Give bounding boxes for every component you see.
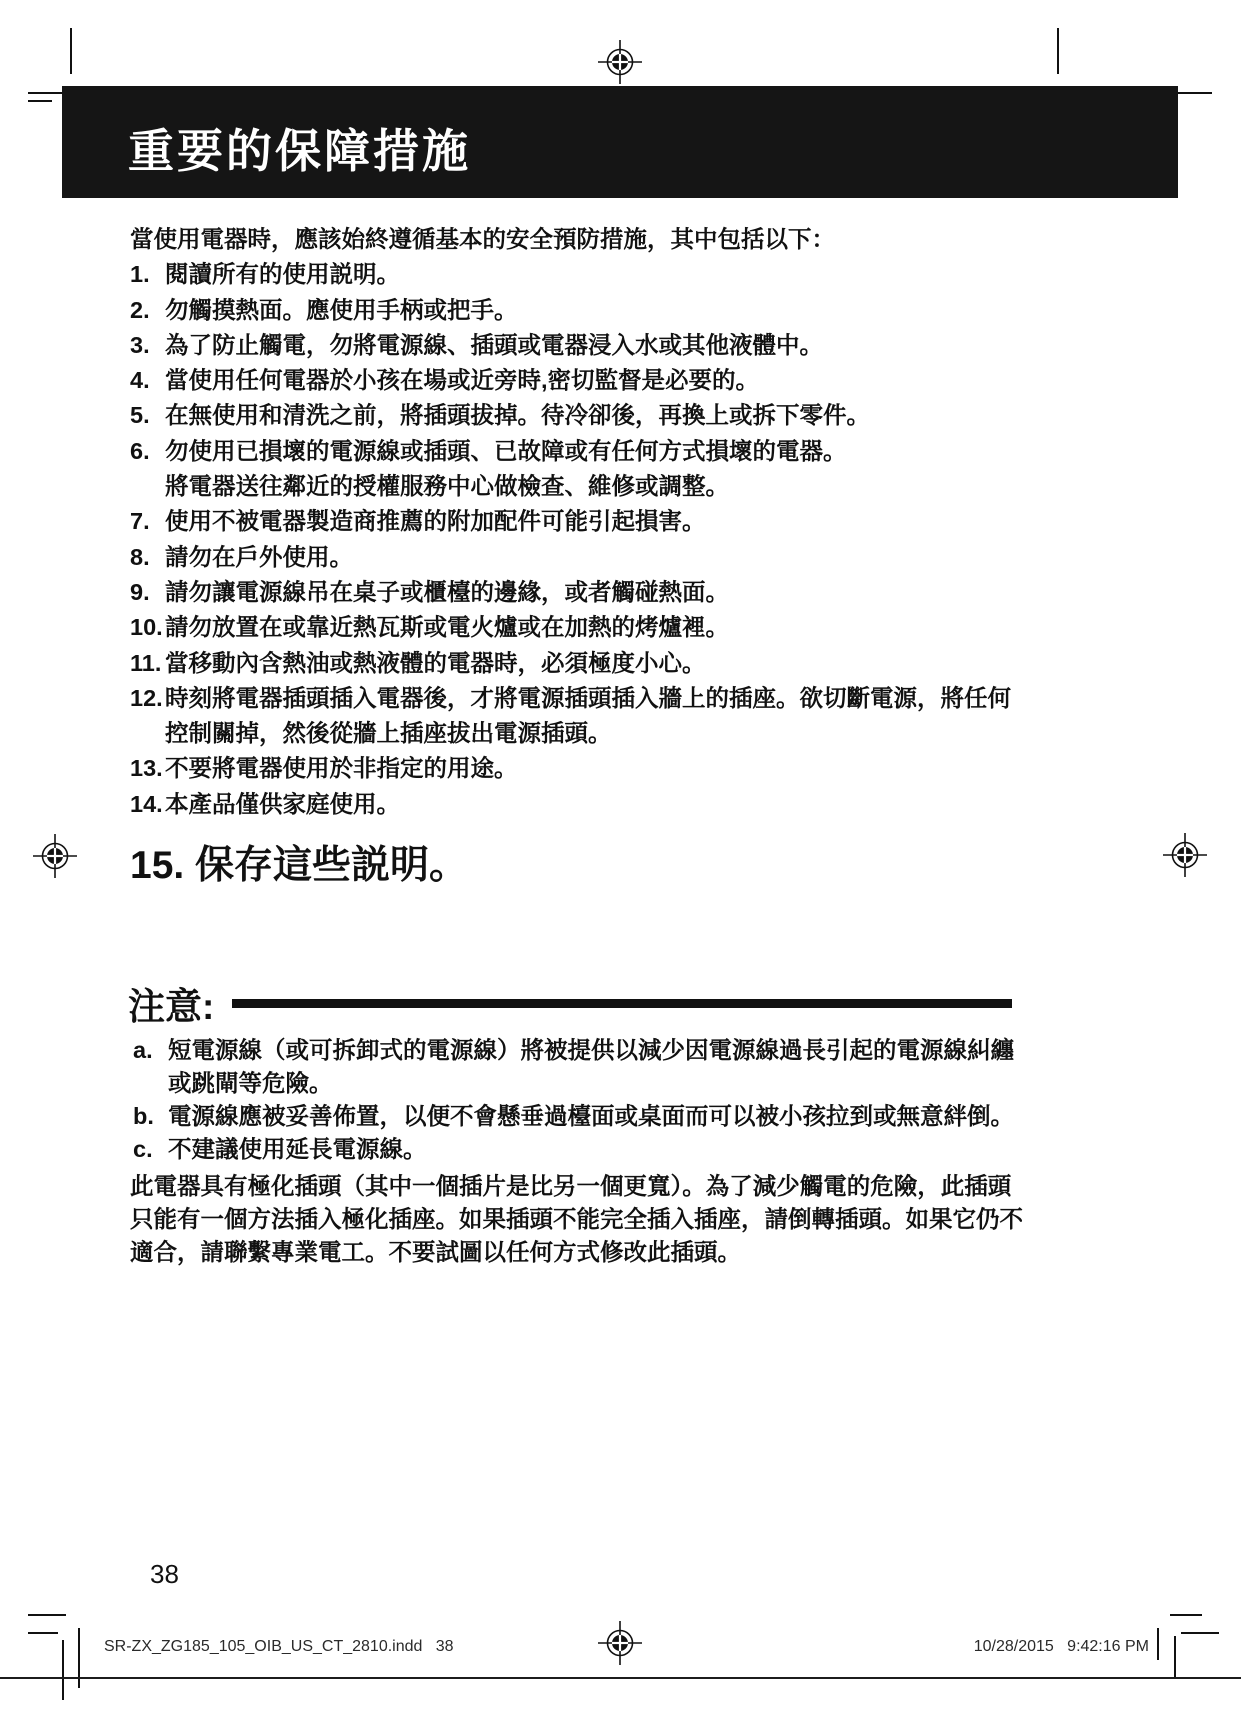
safeguard-item-15: 15. 保存這些説明。 [130, 834, 468, 890]
item-number: 3. [130, 328, 165, 363]
item-text: 閱讀所有的使用説明。 [165, 257, 400, 292]
item-number: 11. [130, 646, 165, 681]
item-number: 1. [130, 257, 165, 292]
safeguard-item-2: 2.勿觸摸熱面。應使用手柄或把手。 [130, 293, 1050, 328]
item-text: 請勿讓電源線吊在桌子或櫃檯的邊緣，或者觸碰熱面。 [165, 575, 729, 610]
item-text: 或跳閘等危險。 [168, 1067, 333, 1100]
item-number: 14. [130, 787, 165, 822]
polarized-plug-paragraph: 此電器具有極化插頭（其中一個插片是比另一個更寬）。為了減少觸電的危險，此插頭 只… [130, 1170, 1050, 1269]
item-text: 當移動內含熱油或熱液體的電器時，必須極度小心。 [165, 646, 706, 681]
footer-file-info: SR-ZX_ZG185_105_OIB_US_CT_2810.indd 38 [104, 1638, 454, 1656]
item-text: 為了防止觸電，勿將電源線、插頭或電器浸入水或其他液體中。 [165, 328, 823, 363]
safeguard-item-12-cont: 控制關掉，然後從牆上插座拔出電源插頭。 [130, 716, 1050, 751]
manual-page: 重要的保障措施 當使用電器時，應該始終遵循基本的安全預防措施，其中包括以下： 1… [0, 0, 1241, 1713]
item-number: 4. [130, 363, 165, 398]
item-text: 不要將電器使用於非指定的用途。 [165, 751, 518, 786]
item-text: 勿使用已損壞的電源線或插頭、已故障或有任何方式損壞的電器。 [165, 434, 847, 469]
item-text: 將電器送往鄰近的授權服務中心做檢查、維修或調整。 [165, 469, 729, 504]
item-text: 當使用任何電器於小孩在場或近旁時,密切監督是必要的。 [165, 363, 759, 398]
crop-mark [1057, 28, 1059, 74]
crop-mark [1174, 1636, 1176, 1678]
crop-mark [28, 1632, 58, 1634]
safeguard-item-6-cont: 將電器送往鄰近的授權服務中心做檢查、維修或調整。 [130, 469, 1050, 504]
item-number: 10. [130, 610, 165, 645]
notice-item-c: c.不建議使用延長電源線。 [133, 1133, 1033, 1166]
item-letter: a. [133, 1034, 168, 1067]
item-text: 電源線應被妥善佈置，以便不會懸垂過檯面或桌面而可以被小孩拉到或無意絆倒。 [168, 1100, 1014, 1133]
item-text: 請勿在戶外使用。 [165, 540, 353, 575]
notice-item-b: b.電源線應被妥善佈置，以便不會懸垂過檯面或桌面而可以被小孩拉到或無意絆倒。 [133, 1100, 1033, 1133]
safeguard-item-12: 12.時刻將電器插頭插入電器後，才將電源插頭插入牆上的插座。欲切斷電源，將任何 [130, 681, 1050, 716]
crop-mark [1157, 1628, 1159, 1660]
crop-mark [70, 28, 72, 74]
intro-text: 當使用電器時，應該始終遵循基本的安全預防措施，其中包括以下： [130, 222, 835, 257]
safeguards-list: 當使用電器時，應該始終遵循基本的安全預防措施，其中包括以下： 1.閱讀所有的使用… [130, 222, 1050, 822]
footer-timestamp: 10/28/2015 9:42:16 PM [974, 1638, 1149, 1656]
page-title: 重要的保障措施 [62, 103, 471, 181]
item-number [130, 469, 165, 504]
item-text: 使用不被電器製造商推薦的附加配件可能引起損害。 [165, 504, 706, 539]
item-number: 2. [130, 293, 165, 328]
notice-list: a.短電源線（或可拆卸式的電源線）將被提供以減少因電源線過長引起的電源線糾纏 或… [133, 1034, 1033, 1166]
notice-item-a: a.短電源線（或可拆卸式的電源線）將被提供以減少因電源線過長引起的電源線糾纏 [133, 1034, 1033, 1067]
item-text: 短電源線（或可拆卸式的電源線）將被提供以減少因電源線過長引起的電源線糾纏 [168, 1034, 1014, 1067]
item-text: 在無使用和清洗之前，將插頭拔掉。待冷卻後，再換上或拆下零件。 [165, 398, 870, 433]
notice-heading: 注意: [128, 980, 1012, 1026]
crop-mark [1170, 1614, 1202, 1616]
safeguard-item-8: 8.請勿在戶外使用。 [130, 540, 1050, 575]
item-number [130, 716, 165, 751]
safeguard-item-11: 11.當移動內含熱油或熱液體的電器時，必須極度小心。 [130, 646, 1050, 681]
safeguards-intro: 當使用電器時，應該始終遵循基本的安全預防措施，其中包括以下： [130, 222, 1050, 257]
safeguard-item-10: 10.請勿放置在或靠近熱瓦斯或電火爐或在加熱的烤爐裡。 [130, 610, 1050, 645]
item-number: 7. [130, 504, 165, 539]
item-number: 5. [130, 398, 165, 433]
crop-mark [78, 1628, 80, 1688]
item-text: 本產品僅供家庭使用。 [165, 787, 400, 822]
paragraph-line: 此電器具有極化插頭（其中一個插片是比另一個更寬）。為了減少觸電的危險，此插頭 [130, 1170, 1050, 1203]
registration-mark-icon [33, 834, 77, 878]
header-bar: 重要的保障措施 [62, 86, 1178, 198]
item-letter: c. [133, 1133, 168, 1166]
item-number: 9. [130, 575, 165, 610]
safeguard-item-5: 5.在無使用和清洗之前，將插頭拔掉。待冷卻後，再換上或拆下零件。 [130, 398, 1050, 433]
safeguard-item-6: 6.勿使用已損壞的電源線或插頭、已故障或有任何方式損壞的電器。 [130, 434, 1050, 469]
safeguard-item-13: 13.不要將電器使用於非指定的用途。 [130, 751, 1050, 786]
registration-mark-icon [598, 1621, 642, 1665]
notice-rule [232, 999, 1012, 1008]
item-text: 控制關掉，然後從牆上插座拔出電源插頭。 [165, 716, 612, 751]
registration-mark-icon [598, 40, 642, 84]
registration-mark-icon [1163, 833, 1207, 877]
item-letter: b. [133, 1100, 168, 1133]
item-text: 時刻將電器插頭插入電器後，才將電源插頭插入牆上的插座。欲切斷電源，將任何 [165, 681, 1011, 716]
safeguard-item-3: 3.為了防止觸電，勿將電源線、插頭或電器浸入水或其他液體中。 [130, 328, 1050, 363]
paragraph-text: 適合，請聯繫專業電工。不要試圖以任何方式修改此插頭。 [130, 1236, 741, 1269]
item-number: 6. [130, 434, 165, 469]
item-number: 8. [130, 540, 165, 575]
item-number: 12. [130, 681, 165, 716]
crop-mark [62, 1640, 64, 1700]
safeguard-item-7: 7.使用不被電器製造商推薦的附加配件可能引起損害。 [130, 504, 1050, 539]
crop-mark [1172, 92, 1212, 94]
bottom-trim-line [0, 1677, 1241, 1679]
item-text: 請勿放置在或靠近熱瓦斯或電火爐或在加熱的烤爐裡。 [165, 610, 729, 645]
paragraph-text: 只能有一個方法插入極化插座。如果插頭不能完全插入插座，請倒轉插頭。如果它仍不 [130, 1203, 1023, 1236]
safeguard-item-1: 1.閱讀所有的使用説明。 [130, 257, 1050, 292]
crop-mark [1181, 1632, 1219, 1634]
crop-mark [28, 1614, 66, 1616]
safeguard-item-14: 14.本產品僅供家庭使用。 [130, 787, 1050, 822]
safeguard-item-9: 9.請勿讓電源線吊在桌子或櫃檯的邊緣，或者觸碰熱面。 [130, 575, 1050, 610]
item-text: 勿觸摸熱面。應使用手柄或把手。 [165, 293, 518, 328]
notice-heading-text: 注意: [128, 976, 214, 1030]
paragraph-line: 適合，請聯繫專業電工。不要試圖以任何方式修改此插頭。 [130, 1236, 1050, 1269]
item-text: 不建議使用延長電源線。 [168, 1133, 427, 1166]
safeguard-item-4: 4.當使用任何電器於小孩在場或近旁時,密切監督是必要的。 [130, 363, 1050, 398]
item-letter [133, 1067, 168, 1100]
item-number: 13. [130, 751, 165, 786]
crop-mark [28, 100, 52, 102]
paragraph-line: 只能有一個方法插入極化插座。如果插頭不能完全插入插座，請倒轉插頭。如果它仍不 [130, 1203, 1050, 1236]
page-number: 38 [150, 1559, 179, 1590]
notice-item-a-cont: 或跳閘等危險。 [133, 1067, 1033, 1100]
paragraph-text: 此電器具有極化插頭（其中一個插片是比另一個更寬）。為了減少觸電的危險，此插頭 [130, 1170, 1011, 1203]
